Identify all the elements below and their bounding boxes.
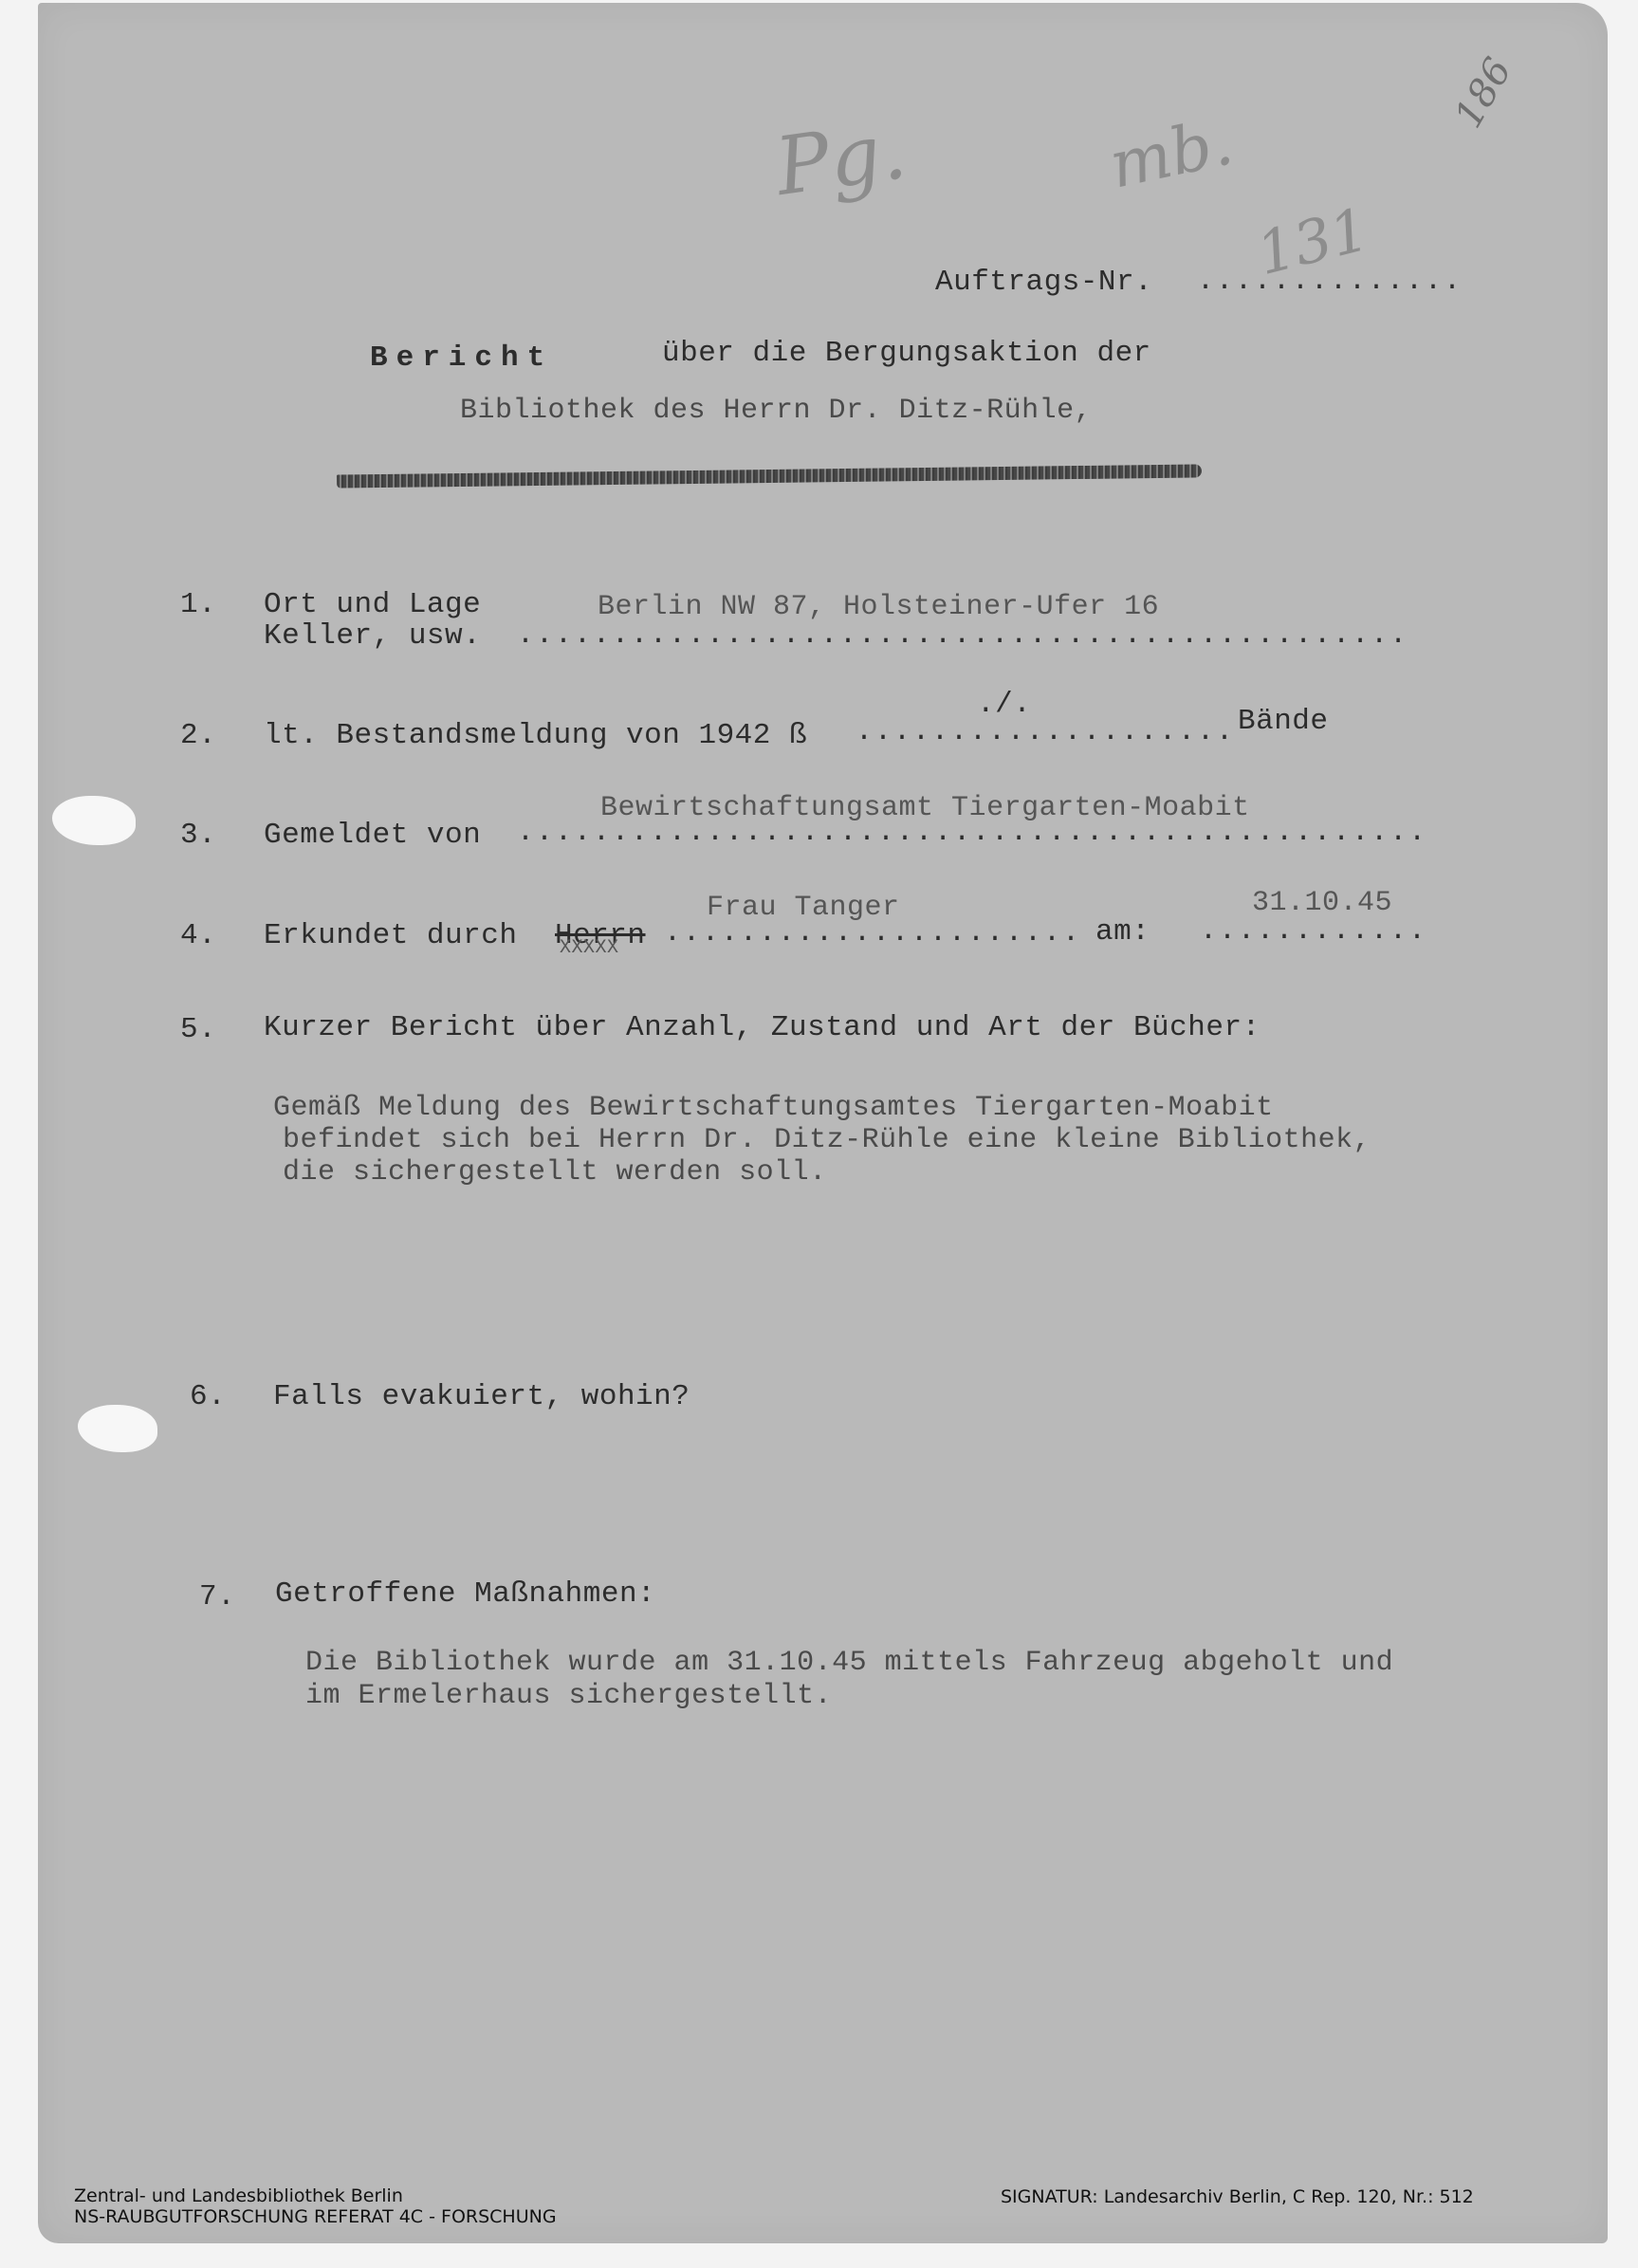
item-4-strike-marks: XXXXX (560, 937, 619, 959)
item-4-dots: ...................... (664, 917, 1081, 950)
punch-hole-top (52, 796, 136, 845)
handwritten-initials-pg: Pg. (770, 103, 911, 213)
handwritten-page-number: 186 (1446, 50, 1520, 135)
item-5-number: 5. (180, 1013, 216, 1046)
item-2-unit: Bände (1238, 705, 1329, 738)
item-4-date-value: 31.10.45 (1252, 887, 1392, 919)
document-page: 186 Pg. mb. 131 Auftrags-Nr. ...........… (38, 3, 1608, 2243)
handwritten-initials-mb: mb. (1103, 104, 1239, 203)
report-title-spaced: Bericht (370, 341, 553, 375)
item-5-body-line2: befindet sich bei Herrn Dr. Ditz-Rühle e… (283, 1124, 1371, 1156)
item-4-number: 4. (180, 919, 216, 952)
punch-hole-bottom (78, 1405, 157, 1452)
item-4-date-label: am: (1095, 915, 1150, 949)
item-1-label-line1: Ort und Lage (264, 588, 481, 621)
item-2-value: ./. (977, 688, 1031, 721)
item-5-body-line3: die sichergestellt werden soll. (283, 1156, 827, 1189)
footer-left: Zentral- und Landesbibliothek Berlin NS-… (74, 2185, 557, 2227)
order-number-label: Auftrags-Nr. (935, 266, 1152, 299)
item-6-number: 6. (190, 1380, 226, 1413)
item-2-number: 2. (180, 719, 216, 752)
report-subject: Bibliothek des Herrn Dr. Ditz-Rühle, (460, 395, 1092, 427)
item-4-label: Erkundet durch (264, 919, 517, 952)
item-5-body-line1: Gemäß Meldung des Bewirtschaftungsamtes … (273, 1092, 1274, 1124)
item-1-dots: ........................................… (517, 619, 1408, 652)
item-6-label: Falls evakuiert, wohin? (273, 1380, 690, 1413)
item-3-number: 3. (180, 819, 216, 852)
item-1-value: Berlin NW 87, Holsteiner-Ufer 16 (598, 591, 1159, 623)
footer-institution: Zentral- und Landesbibliothek Berlin (74, 2185, 557, 2206)
report-title-rest: über die Bergungsaktion der (662, 337, 1151, 370)
item-3-dots: ........................................… (517, 817, 1427, 849)
item-3-label: Gemeldet von (264, 819, 481, 852)
item-1-number: 1. (180, 588, 216, 621)
footer-signature: SIGNATUR: Landesarchiv Berlin, C Rep. 12… (1001, 2186, 1474, 2207)
footer-department: NS-RAUBGUTFORSCHUNG REFERAT 4C - FORSCHU… (74, 2206, 557, 2227)
item-7-body-line2: im Ermelerhaus sichergestellt. (305, 1680, 832, 1712)
item-2-dots: .................... (856, 716, 1235, 748)
item-1-label-line2: Keller, usw. (264, 619, 481, 653)
order-number-field: .............. (1197, 266, 1463, 298)
item-7-label: Getroffene Maßnahmen: (275, 1577, 655, 1611)
item-7-number: 7. (199, 1580, 235, 1613)
item-2-label: lt. Bestandsmeldung von 1942 ß (264, 719, 807, 752)
item-7-body-line1: Die Bibliothek wurde am 31.10.45 mittels… (305, 1647, 1393, 1679)
title-underline (337, 464, 1202, 488)
item-5-label: Kurzer Bericht über Anzahl, Zustand und … (264, 1011, 1261, 1044)
item-4-date-dots: ............ (1200, 915, 1427, 948)
